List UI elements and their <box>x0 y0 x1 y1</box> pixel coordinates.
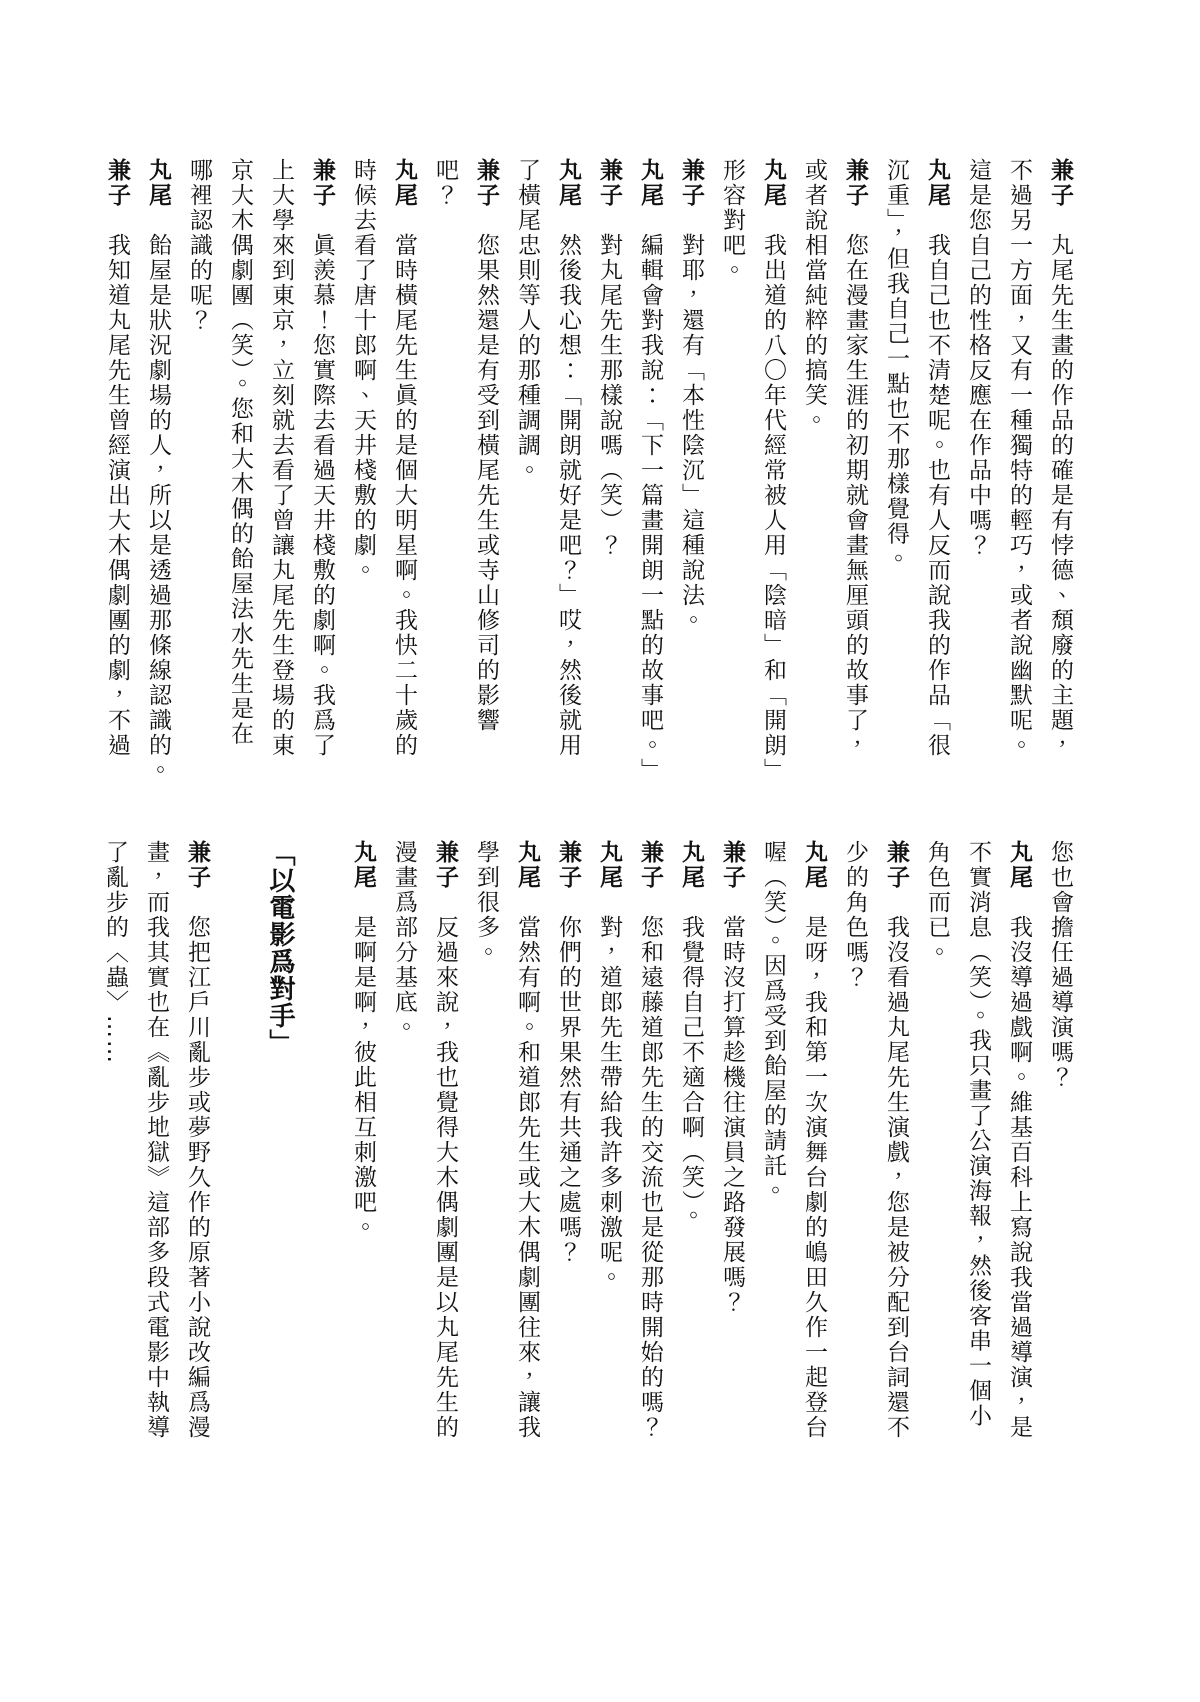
dialogue-text: 這是您自己的性格反應在作品中嗎？ <box>965 158 991 558</box>
heading-text: 「以電影爲對手」 <box>265 840 295 1056</box>
dialogue-text: 對耶，還有「本性陰沉」這種說法。 <box>678 208 704 633</box>
dialogue-text: 編輯會對我說：「下一篇畫開朗一點的故事吧。」 <box>637 208 663 783</box>
dialogue-text: 我出道的八〇年代經常被人用「陰暗」和「開朗」 <box>760 208 786 783</box>
speaker-name: 丸尾 <box>924 158 950 208</box>
dialogue-text: 反過來說，我也覺得大木偶劇團是以丸尾先生的 <box>432 890 458 1440</box>
dialogue-line: 時候去看了唐十郎啊、天井棧敷的劇。 <box>342 158 383 792</box>
dialogue-text: 了亂步的〈蟲〉…… <box>102 840 128 1065</box>
dialogue-line: 角色而已。 <box>916 840 957 1474</box>
speaker-name: 丸尾 <box>596 840 622 890</box>
dialogue-line: 丸尾 我自己也不清楚呢。也有人反而說我的作品「很 <box>916 158 957 792</box>
speaker-name: 丸尾 <box>637 158 663 208</box>
dialogue-line: 您也會擔任過導演嗎？ <box>1039 840 1080 1474</box>
dialogue-line: 丸尾 是啊是啊，彼此相互刺激吧。 <box>342 840 383 1474</box>
dialogue-text: 是呀，我和第一次演舞台劇的嶋田久作一起登台 <box>801 890 827 1440</box>
dialogue-text: 喔（笑）。因爲受到飴屋的請託。 <box>760 840 786 1204</box>
speaker-name: 兼子 <box>432 840 458 890</box>
dialogue-text: 當然有啊。和道郎先生或大木偶劇團往來，讓我 <box>514 890 540 1440</box>
speaker-name: 兼子 <box>1047 158 1073 208</box>
dialogue-text: 您在漫畫家生涯的初期就會畫無厘頭的故事了， <box>842 208 868 758</box>
dialogue-line: 了橫尾忠則等人的那種調調。 <box>506 158 547 792</box>
dialogue-line: 丸尾 當然有啊。和道郎先生或大木偶劇團往來，讓我 <box>506 840 547 1474</box>
dialogue-line: 兼子 丸尾先生畫的作品的確是有悖德、頹廢的主題， <box>1039 158 1080 792</box>
dialogue-line: 京大木偶劇團（笑）。您和大木偶的飴屋法水先生是在 <box>219 158 260 792</box>
dialogue-line: 丸尾 當時橫尾先生眞的是個大明星啊。我快二十歲的 <box>383 158 424 792</box>
dialogue-text: 不過另一方面，又有一種獨特的輕巧，或者說幽默呢。 <box>1006 158 1032 758</box>
speaker-name: 丸尾 <box>350 840 376 890</box>
speaker-name: 丸尾 <box>555 158 581 208</box>
dialogue-line: 兼子 您果然還是有受到橫尾先生或寺山修司的影響 <box>465 158 506 792</box>
dialogue-text: 角色而已。 <box>924 840 950 965</box>
dialogue-text: 你們的世界果然有共通之處嗎？ <box>555 890 581 1265</box>
dialogue-line: 兼子 對丸尾先生那樣說嗎（笑）？ <box>588 158 629 792</box>
dialogue-text: 您果然還是有受到橫尾先生或寺山修司的影響 <box>473 208 499 733</box>
dialogue-line: 丸尾 然後我心想：「開朗就好是吧？」哎，然後就用 <box>547 158 588 792</box>
speaker-name: 丸尾 <box>391 158 417 208</box>
dialogue-text: 您把江戶川亂步或夢野久作的原著小說改編爲漫 <box>184 890 210 1440</box>
dialogue-line: 丸尾 對，道郎先生帶給我許多刺激呢。 <box>588 840 629 1474</box>
speaker-name: 兼子 <box>883 840 909 890</box>
speaker-name: 兼子 <box>637 840 663 890</box>
dialogue-line: 上大學來到東京，立刻就去看了曾讓丸尾先生登場的東 <box>260 158 301 792</box>
dialogue-line: 丸尾 飴屋是狀況劇場的人，所以是透過那條線認識的。 <box>137 158 178 792</box>
dialogue-text: 您和遠藤道郎先生的交流也是從那時開始的嗎？ <box>637 890 663 1440</box>
dialogue-line: 兼子 您在漫畫家生涯的初期就會畫無厘頭的故事了， <box>834 158 875 792</box>
speaker-name: 兼子 <box>184 840 210 890</box>
dialogue-text: 您也會擔任過導演嗎？ <box>1047 840 1073 1090</box>
speaker-name: 兼子 <box>555 840 581 890</box>
dialogue-text: 是啊是啊，彼此相互刺激吧。 <box>350 890 376 1240</box>
dialogue-text: 哪裡認識的呢？ <box>186 158 212 333</box>
dialogue-line: 不實消息（笑）。我只畫了公演海報，然後客串一個小 <box>957 840 998 1474</box>
dialogue-text: 然後我心想：「開朗就好是吧？」哎，然後就用 <box>555 208 581 758</box>
dialogue-text: 時候去看了唐十郎啊、天井棧敷的劇。 <box>350 158 376 583</box>
dialogue-line: 學到很多。 <box>465 840 506 1474</box>
dialogue-line: 兼子 眞羨慕！您實際去看過天井棧敷的劇啊。我爲了 <box>301 158 342 792</box>
dialogue-text: 不實消息（笑）。我只畫了公演海報，然後客串一個小 <box>965 840 991 1429</box>
dialogue-text: 少的角色嗎？ <box>842 840 868 990</box>
dialogue-line: 哪裡認識的呢？ <box>178 158 219 792</box>
dialogue-text: 漫畫爲部分基底。 <box>391 840 417 1040</box>
dialogue-text: 或者說相當純粹的搞笑。 <box>801 158 827 433</box>
dialogue-text: 對丸尾先生那樣說嗎（笑）？ <box>596 208 622 558</box>
dialogue-line: 不過另一方面，又有一種獨特的輕巧，或者說幽默呢。 <box>998 158 1039 792</box>
dialogue-text: 京大木偶劇團（笑）。您和大木偶的飴屋法水先生是在 <box>227 158 253 747</box>
dialogue-text: 上大學來到東京，立刻就去看了曾讓丸尾先生登場的東 <box>268 158 294 758</box>
dialogue-line: 兼子 您和遠藤道郎先生的交流也是從那時開始的嗎？ <box>629 840 670 1474</box>
speaker-name: 兼子 <box>309 158 335 208</box>
dialogue-text: 丸尾先生畫的作品的確是有悖德、頹廢的主題， <box>1047 208 1073 758</box>
dialogue-text: 眞羨慕！您實際去看過天井棧敷的劇啊。我爲了 <box>309 208 335 758</box>
dialogue-line: 丸尾 是呀，我和第一次演舞台劇的嶋田久作一起登台 <box>793 840 834 1474</box>
dialogue-text: 我沒看過丸尾先生演戲，您是被分配到台詞還不 <box>883 890 909 1440</box>
dialogue-line: 吧？ <box>424 158 465 792</box>
dialogue-line: 丸尾 我沒導過戲啊。維基百科上寫說我當過導演，是 <box>998 840 1039 1474</box>
dialogue-line: 兼子 反過來說，我也覺得大木偶劇團是以丸尾先生的 <box>424 840 465 1474</box>
dialogue-text: 我覺得自己不適合啊（笑）。 <box>678 890 704 1229</box>
dialogue-text: 對，道郎先生帶給我許多刺激呢。 <box>596 890 622 1290</box>
speaker-name: 兼子 <box>104 158 130 208</box>
dialogue-line: 兼子 我知道丸尾先生曾經演出大木偶劇團的劇，不過 <box>96 158 137 792</box>
speaker-name: 丸尾 <box>801 840 827 890</box>
dialogue-line: 了亂步的〈蟲〉…… <box>94 840 135 1474</box>
speaker-name: 兼子 <box>473 158 499 208</box>
dialogue-line: 兼子 你們的世界果然有共通之處嗎？ <box>547 840 588 1474</box>
dialogue-text: 當時橫尾先生眞的是個大明星啊。我快二十歲的 <box>391 208 417 758</box>
dialogue-text: 畫，而我其實也在《亂步地獄》這部多段式電影中執導 <box>143 840 169 1440</box>
dialogue-text: 沉重」，但我自己一點也不那樣覺得。 <box>883 158 909 572</box>
dialogue-line: 丸尾 我出道的八〇年代經常被人用「陰暗」和「開朗」 <box>752 158 793 792</box>
interview-bottom-band: 您也會擔任過導演嗎？丸尾 我沒導過戲啊。維基百科上寫說我當過導演，是不實消息（笑… <box>88 840 1080 1474</box>
speaker-name: 丸尾 <box>514 840 540 890</box>
dialogue-text: 吧？ <box>432 158 458 208</box>
dialogue-line: 畫，而我其實也在《亂步地獄》這部多段式電影中執導 <box>135 840 176 1474</box>
dialogue-line: 形容對吧。 <box>711 158 752 792</box>
dialogue-line: 漫畫爲部分基底。 <box>383 840 424 1474</box>
dialogue-line: 喔（笑）。因爲受到飴屋的請託。 <box>752 840 793 1474</box>
dialogue-line: 丸尾 編輯會對我說：「下一篇畫開朗一點的故事吧。」 <box>629 158 670 792</box>
speaker-name: 兼子 <box>719 840 745 890</box>
speaker-name: 丸尾 <box>678 840 704 890</box>
dialogue-text: 當時沒打算趁機往演員之路發展嗎？ <box>719 890 745 1315</box>
speaker-name: 丸尾 <box>1006 840 1032 890</box>
dialogue-text: 學到很多。 <box>473 840 499 965</box>
section-heading: 「以電影爲對手」 <box>259 840 300 1474</box>
speaker-name: 兼子 <box>842 158 868 208</box>
dialogue-text: 形容對吧。 <box>719 158 745 283</box>
dialogue-line: 丸尾 我覺得自己不適合啊（笑）。 <box>670 840 711 1474</box>
dialogue-text: 我知道丸尾先生曾經演出大木偶劇團的劇，不過 <box>104 208 130 758</box>
dialogue-line: 或者說相當純粹的搞笑。 <box>793 158 834 792</box>
dialogue-line: 這是您自己的性格反應在作品中嗎？ <box>957 158 998 792</box>
speaker-name: 丸尾 <box>760 158 786 208</box>
speaker-name: 兼子 <box>678 158 704 208</box>
dialogue-line: 兼子 當時沒打算趁機往演員之路發展嗎？ <box>711 840 752 1474</box>
speaker-name: 兼子 <box>596 158 622 208</box>
dialogue-line: 兼子 我沒看過丸尾先生演戲，您是被分配到台詞還不 <box>875 840 916 1474</box>
dialogue-line: 兼子 您把江戶川亂步或夢野久作的原著小說改編爲漫 <box>176 840 217 1474</box>
speaker-name: 丸尾 <box>145 158 171 208</box>
dialogue-text: 飴屋是狀況劇場的人，所以是透過那條線認識的。 <box>145 208 171 783</box>
interview-page: 兼子 丸尾先生畫的作品的確是有悖德、頹廢的主題，不過另一方面，又有一種獨特的輕巧… <box>0 0 1200 1702</box>
dialogue-line: 沉重」，但我自己一點也不那樣覺得。 <box>875 158 916 792</box>
dialogue-line: 少的角色嗎？ <box>834 840 875 1474</box>
dialogue-text: 我沒導過戲啊。維基百科上寫說我當過導演，是 <box>1006 890 1032 1440</box>
dialogue-line: 兼子 對耶，還有「本性陰沉」這種說法。 <box>670 158 711 792</box>
interview-top-band: 兼子 丸尾先生畫的作品的確是有悖德、頹廢的主題，不過另一方面，又有一種獨特的輕巧… <box>90 158 1080 792</box>
dialogue-text: 了橫尾忠則等人的那種調調。 <box>514 158 540 483</box>
dialogue-text: 我自己也不清楚呢。也有人反而說我的作品「很 <box>924 208 950 758</box>
